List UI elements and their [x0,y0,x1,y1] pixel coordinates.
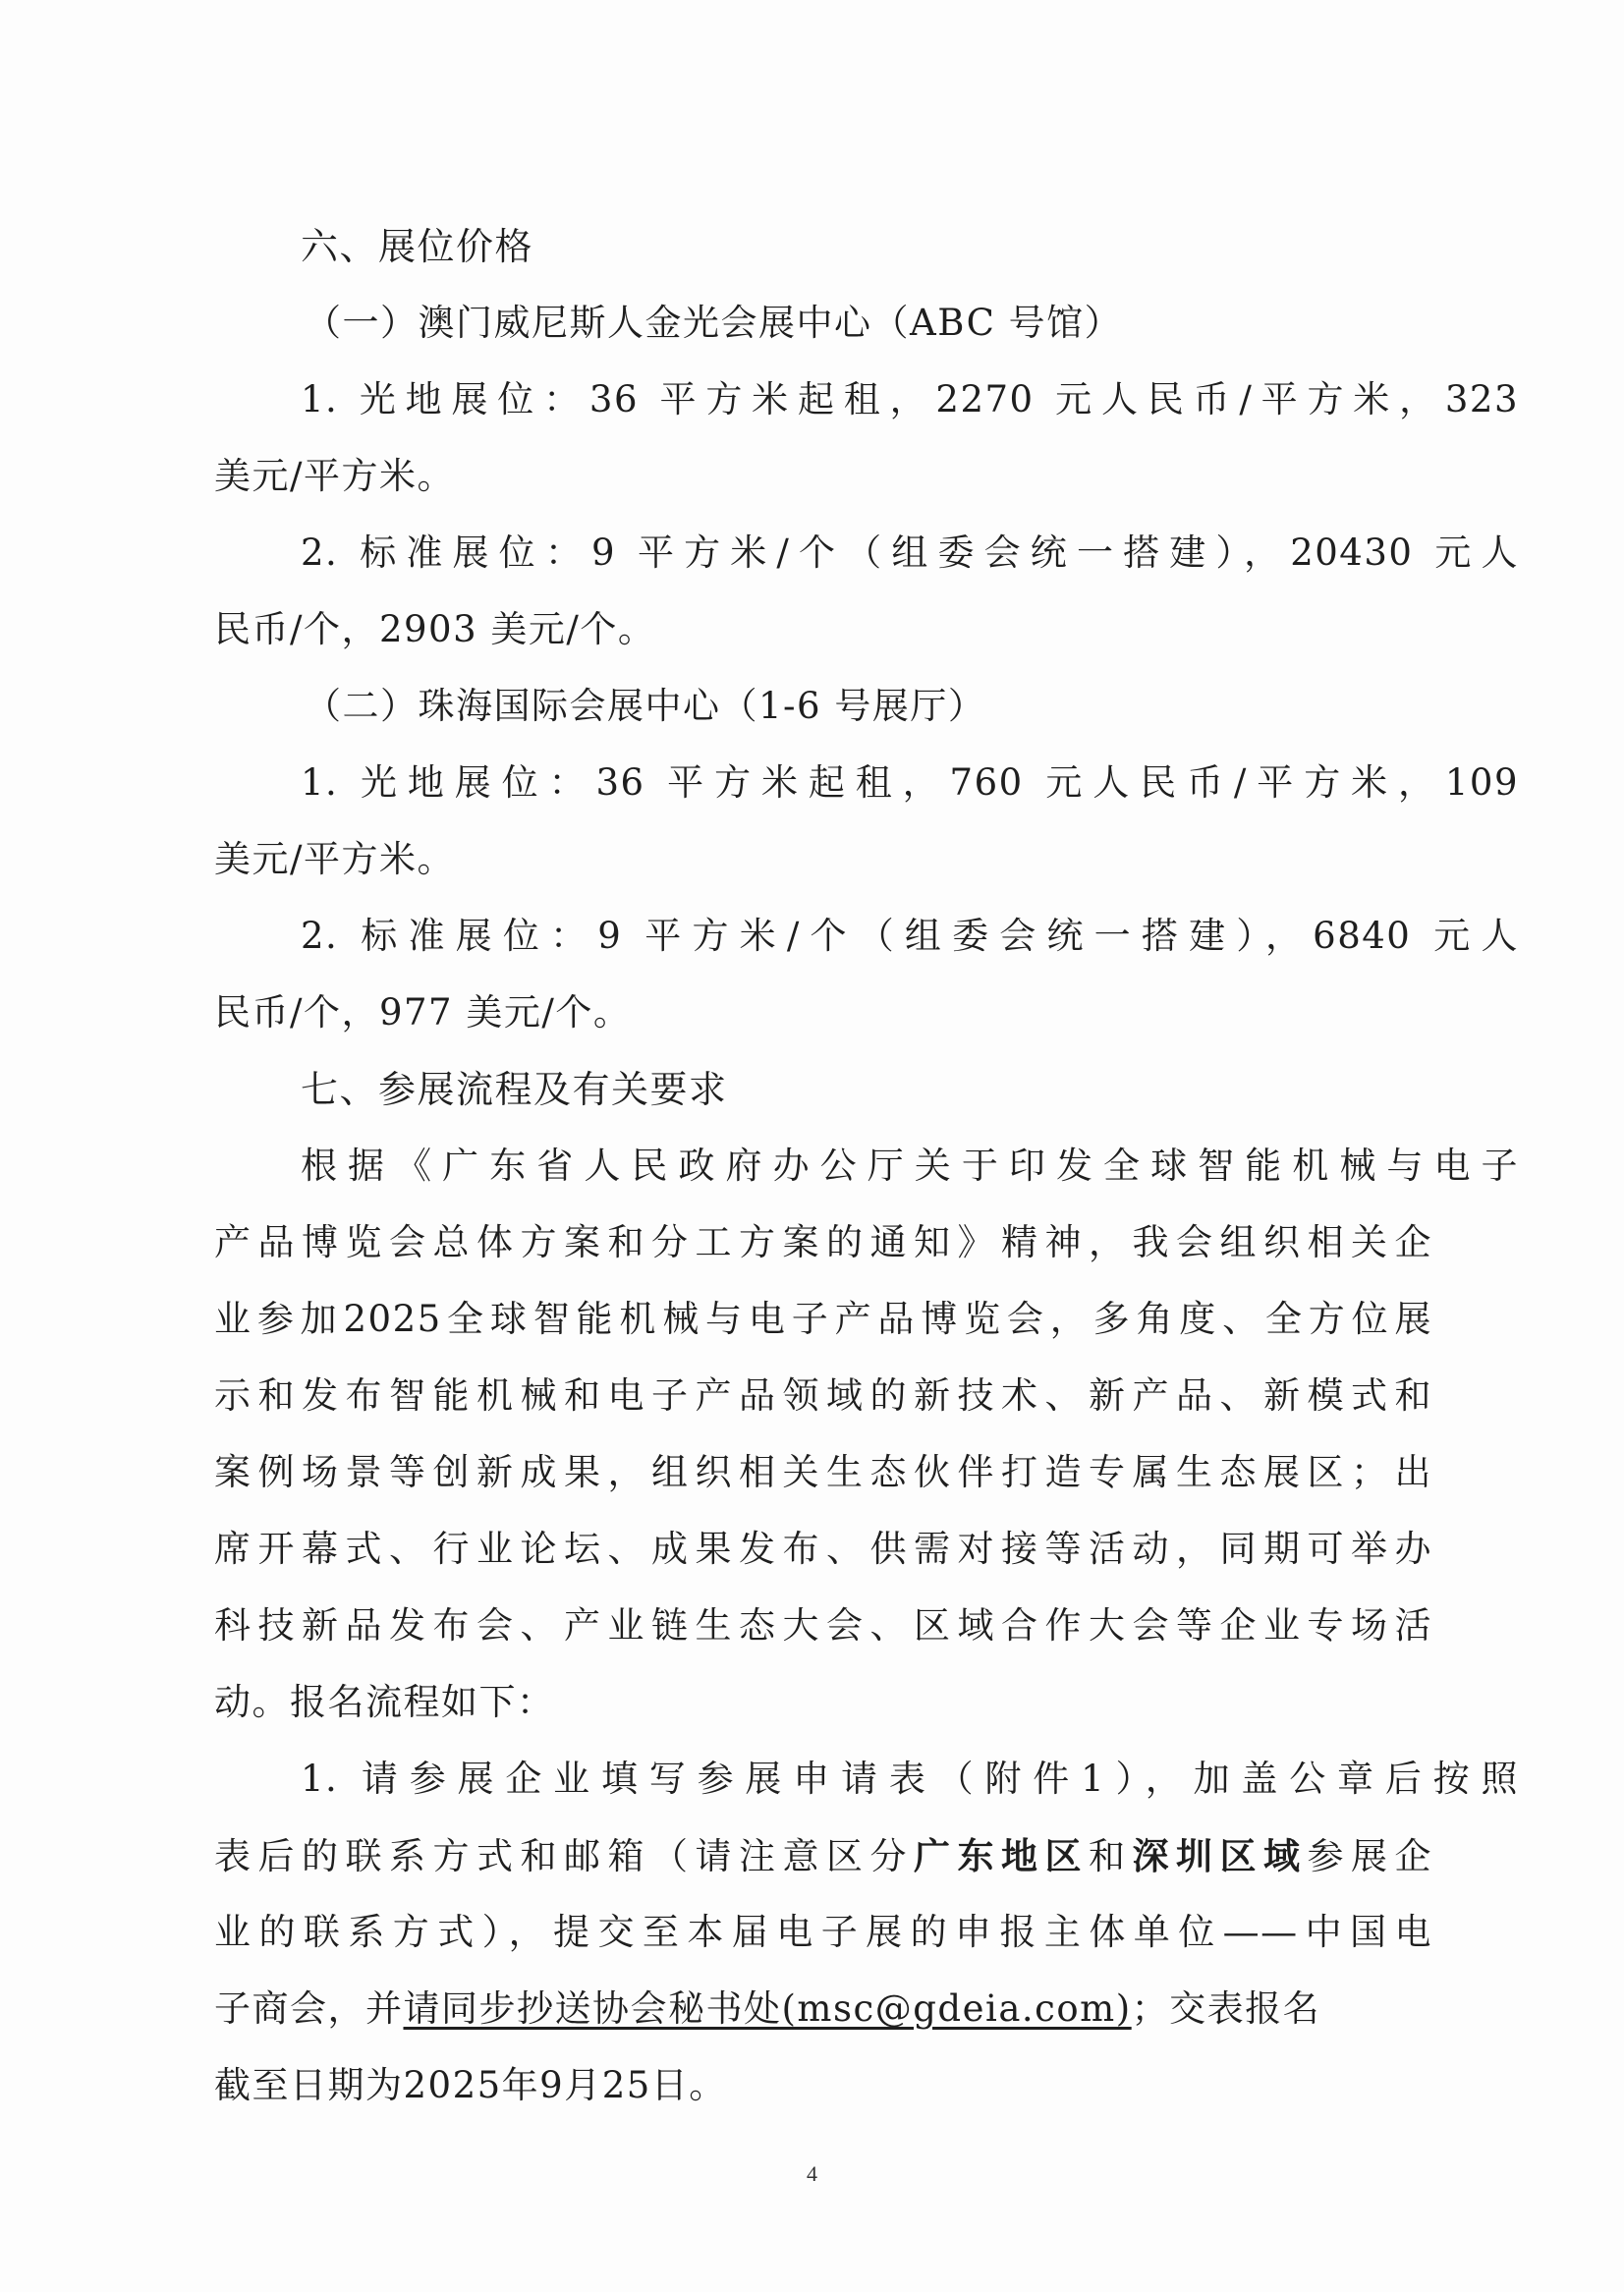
zhuhai-raw-space-line1: 1. 光地展位：36 平方米起租，760 元人民币/平方米，109 [214,745,1519,821]
step1-line3: 业的联系方式），提交至本届电子展的申报主体单位——中国电 [214,1894,1432,1971]
step1-line4-pre: 子商会，并 [214,1987,404,2030]
step1-line2-mid: 和 [1089,1835,1133,1877]
page-number: 4 [0,2161,1624,2187]
paragraph-line: 示和发布智能机械和电子产品领域的新技术、新产品、新模式和 [214,1358,1432,1434]
zhuhai-standard-booth-line2: 民币/个，977 美元/个。 [214,975,1432,1051]
step1-line1: 1. 请参展企业填写参展申请表（附件1），加盖公章后按照 [214,1741,1519,1817]
step1-line5-deadline: 截至日期为2025年9月25日。 [214,2047,1432,2124]
venue-title-macau: （一）澳门威尼斯人金光会展中心（ABC 号馆） [214,285,1432,362]
paragraph-line: 科技新品发布会、产业链生态大会、区域合作大会等企业专场活 [214,1588,1432,1664]
region-guangdong: 广东地区 [914,1834,1089,1877]
paragraph-line: 根据《广东省人民政府办公厅关于印发全球智能机械与电子 [214,1128,1519,1204]
paragraph-line: 席开幕式、行业论坛、成果发布、供需对接等活动，同期可举办 [214,1511,1432,1588]
macau-raw-space-line1: 1. 光地展位：36 平方米起租，2270 元人民币/平方米，323 [214,362,1519,438]
step1-line2: 表后的联系方式和邮箱（请注意区分广东地区和深圳区域参展企 [214,1817,1432,1894]
cc-secretariat-email: 请同步抄送协会秘书处(msc@gdeia.com) [404,1987,1132,2030]
document-page: 六、展位价格 （一）澳门威尼斯人金光会展中心（ABC 号馆） 1. 光地展位：3… [0,0,1624,2292]
step1-line2-post: 参展企 [1308,1835,1433,1877]
zhuhai-raw-space-line2: 美元/平方米。 [214,821,1432,898]
step1-line2-pre: 表后的联系方式和邮箱（请注意区分 [214,1835,914,1877]
paragraph-line: 动。报名流程如下： [214,1664,1432,1741]
step1-line4-post: ；交表报名 [1132,1987,1321,2030]
macau-standard-booth-line1: 2. 标准展位：9 平方米/个（组委会统一搭建），20430 元人 [214,515,1519,591]
page-content: 六、展位价格 （一）澳门威尼斯人金光会展中心（ABC 号馆） 1. 光地展位：3… [214,208,1432,2124]
venue-title-zhuhai: （二）珠海国际会展中心（1-6 号展厅） [214,668,1432,745]
paragraph-line: 案例场景等创新成果，组织相关生态伙伴打造专属生态展区；出 [214,1434,1432,1511]
zhuhai-standard-booth-line1: 2. 标准展位：9 平方米/个（组委会统一搭建），6840 元人 [214,898,1519,975]
macau-raw-space-line2: 美元/平方米。 [214,438,1432,515]
paragraph-line: 业参加2025全球智能机械与电子产品博览会，多角度、全方位展 [214,1281,1432,1358]
macau-standard-booth-line2: 民币/个，2903 美元/个。 [214,591,1432,668]
step1-line4: 子商会，并请同步抄送协会秘书处(msc@gdeia.com)；交表报名 [214,1971,1432,2047]
region-shenzhen: 深圳区域 [1133,1834,1308,1877]
section-heading-booth-prices: 六、展位价格 [214,208,1432,285]
paragraph-line: 产品博览会总体方案和分工方案的通知》精神，我会组织相关企 [214,1204,1432,1281]
section-heading-process: 七、参展流程及有关要求 [214,1051,1432,1128]
